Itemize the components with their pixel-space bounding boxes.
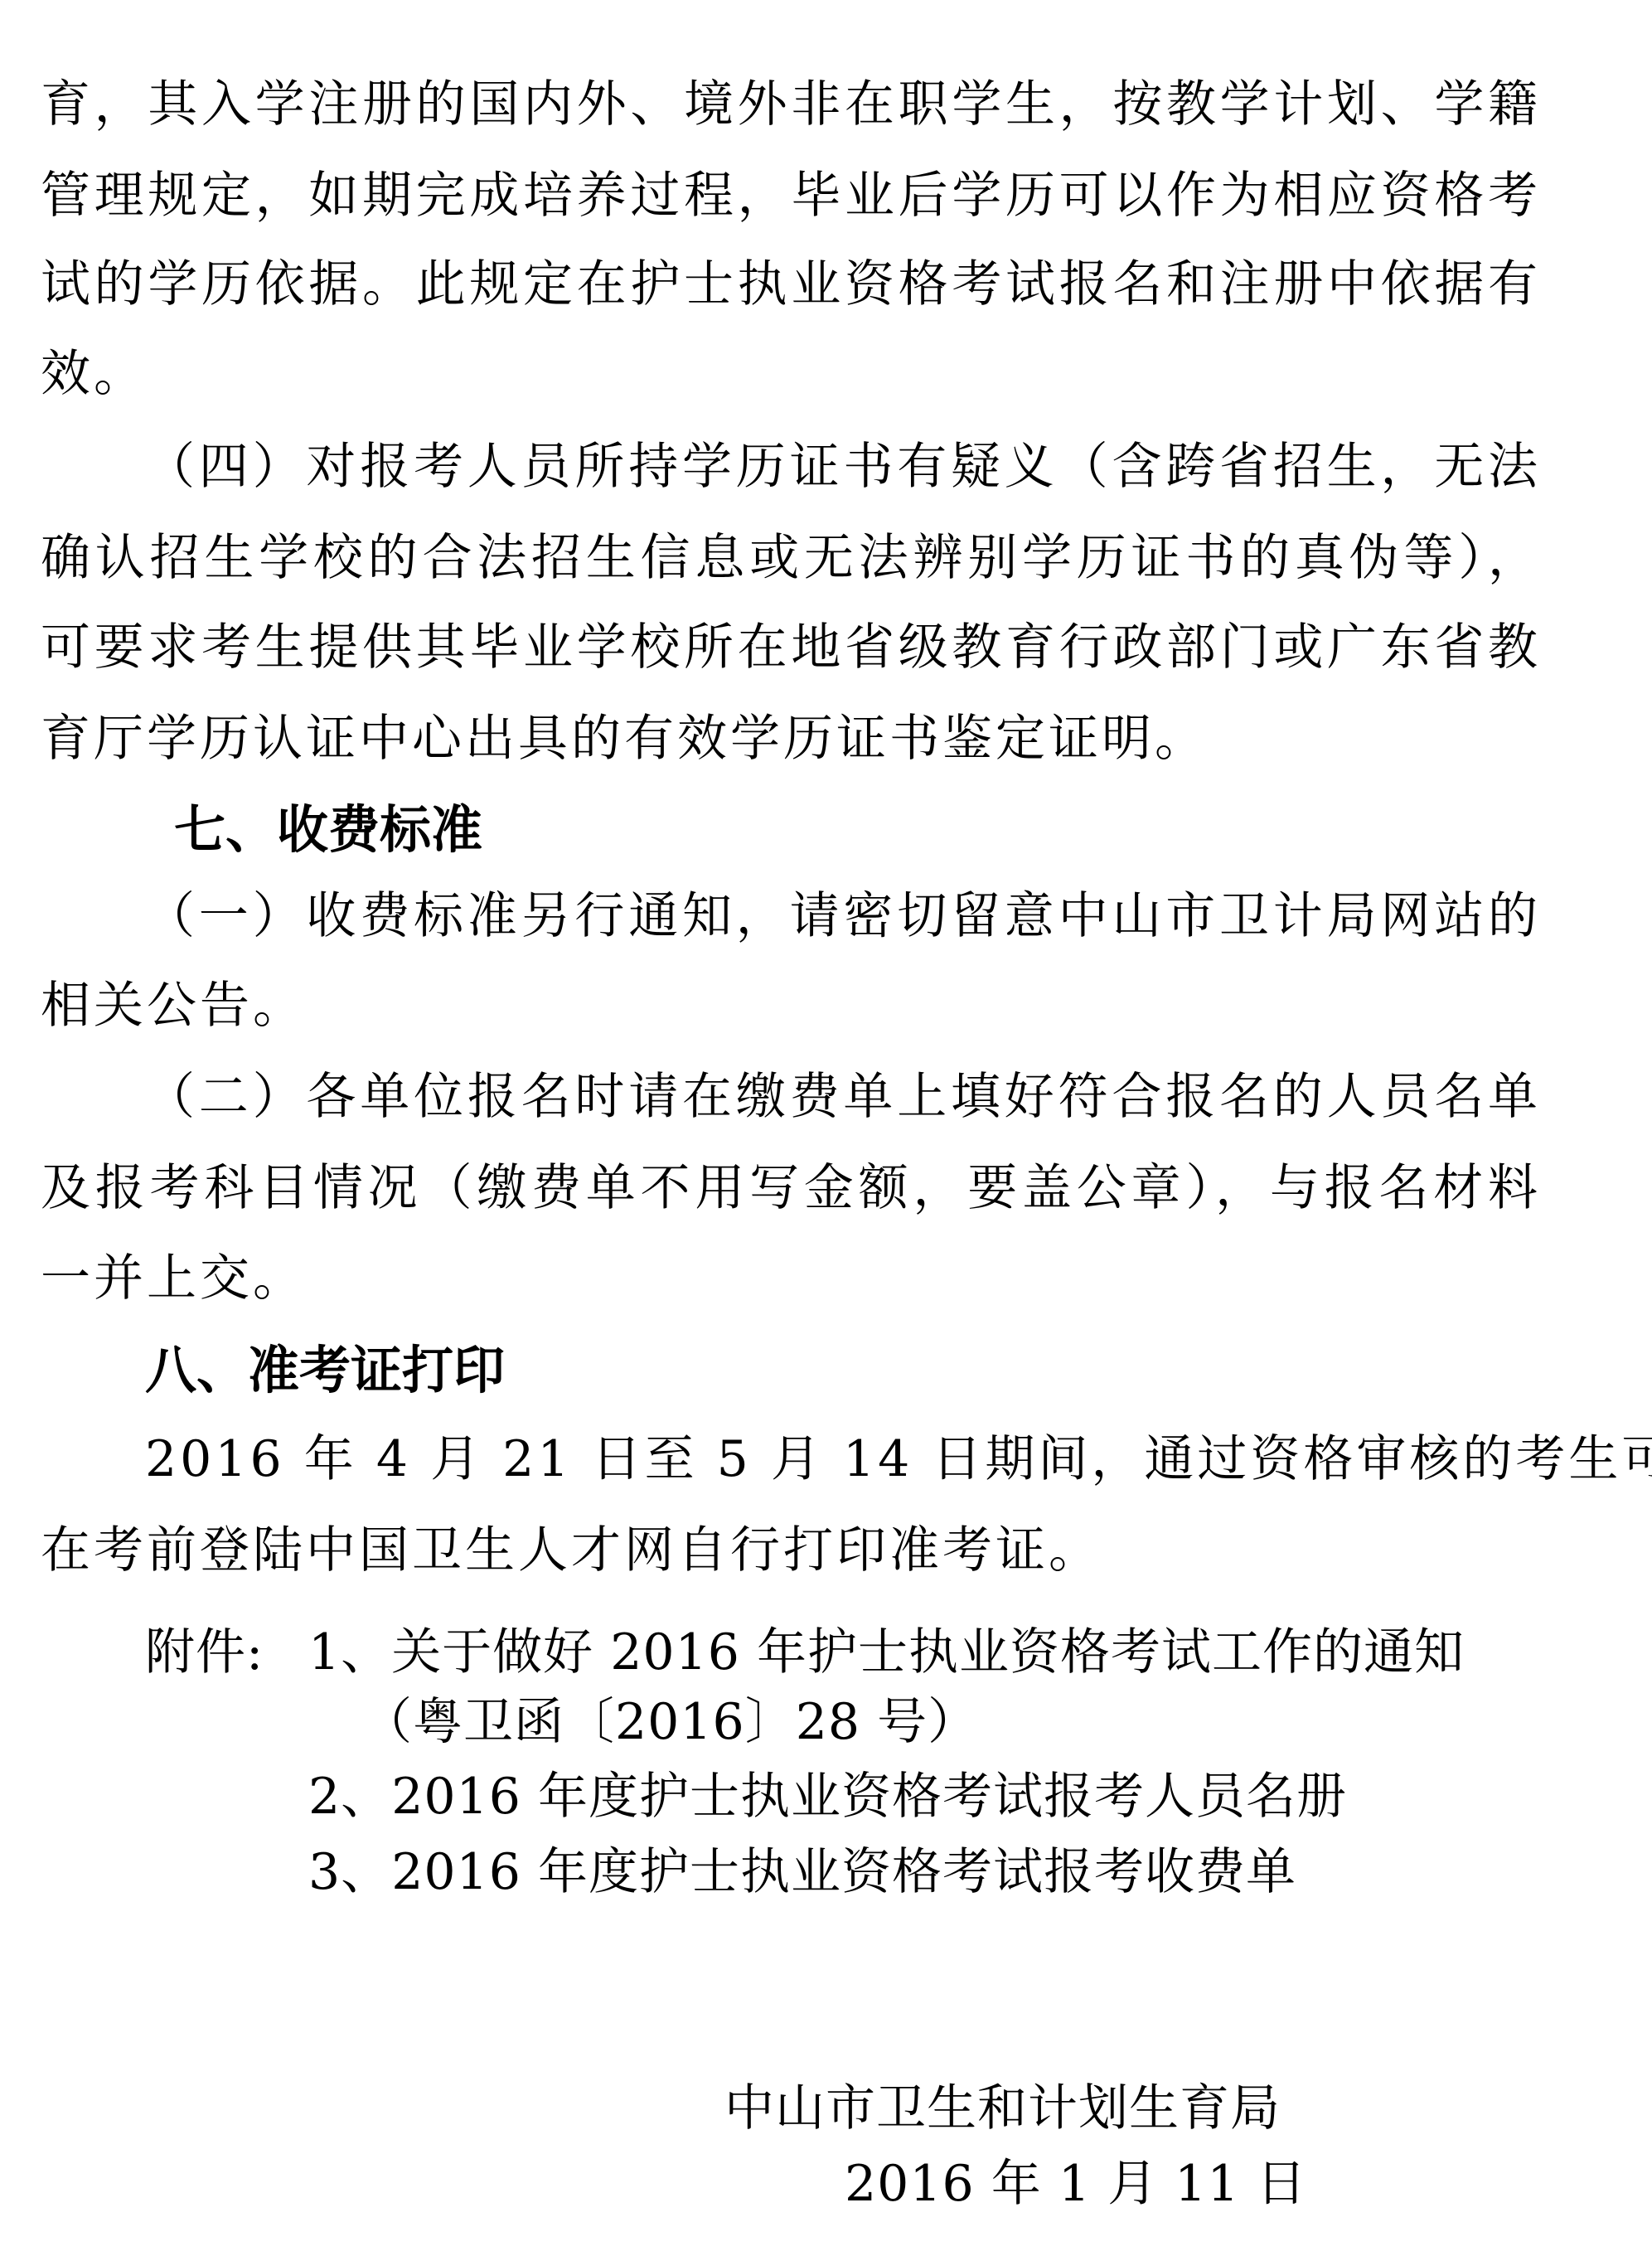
attachment-title: 关于做好 2016 年护士执业资格考试工作的通知 — [391, 1623, 1465, 1681]
paragraph-line: 试的学历依据。此规定在护士执业资格考试报名和注册中依据有 — [41, 240, 1541, 329]
attachments-label: 附件: — [145, 1608, 264, 1697]
paragraph-line: 育，其入学注册的国内外、境外非在职学生，按教学计划、学籍 — [41, 61, 1541, 149]
attachment-title: 2016 年度护士执业资格考试报考收费单 — [391, 1843, 1296, 1901]
attachment-number: 2、 — [308, 1768, 391, 1826]
paragraph-line: 可要求考生提供其毕业学校所在地省级教育行政部门或广东省教 — [41, 604, 1541, 692]
attachment-number: 1、 — [308, 1623, 391, 1681]
section-heading: 八、准考证打印 — [145, 1326, 505, 1414]
paragraph-line: （四）对报考人员所持学历证书有疑义（含跨省招生，无法 — [145, 423, 1541, 512]
paragraph-line: 一并上交。 — [41, 1235, 306, 1323]
signature-date: 2016 年 1 月 11 日 — [845, 2140, 1307, 2229]
paragraph-line: 效。 — [41, 330, 147, 419]
paragraph-line: 在考前登陆中国卫生人才网自行打印准考证。 — [41, 1506, 1102, 1595]
paragraph-line: （一）收费标准另行通知，请密切留意中山市卫计局网站的 — [145, 872, 1541, 961]
attachment-title: 2016 年度护士执业资格考试报考人员名册 — [391, 1768, 1347, 1826]
paragraph-line: 相关公告。 — [41, 962, 306, 1050]
attachment-number: 3、 — [308, 1843, 391, 1901]
paragraph-line: 确认招生学校的合法招生信息或无法辨别学历证书的真伪等）， — [41, 514, 1541, 603]
attachment-item: 3、2016 年度护士执业资格考试报考收费单 — [308, 1828, 1296, 1917]
paragraph-line: （二）各单位报名时请在缴费单上填好符合报名的人员名单 — [145, 1053, 1541, 1142]
paragraph-line: 2016 年 4 月 21 日至 5 月 14 日期间，通过资格审核的考生可 — [145, 1415, 1554, 1504]
paragraph-line: 及报考科目情况（缴费单不用写金额，要盖公章），与报名材料 — [41, 1144, 1541, 1233]
paragraph-line: 管理规定，如期完成培养过程，毕业后学历可以作为相应资格考 — [41, 152, 1541, 240]
section-heading: 七、收费标准 — [174, 785, 482, 874]
paragraph-line: 育厅学历认证中心出具的有效学历证书鉴定证明。 — [41, 695, 1208, 784]
